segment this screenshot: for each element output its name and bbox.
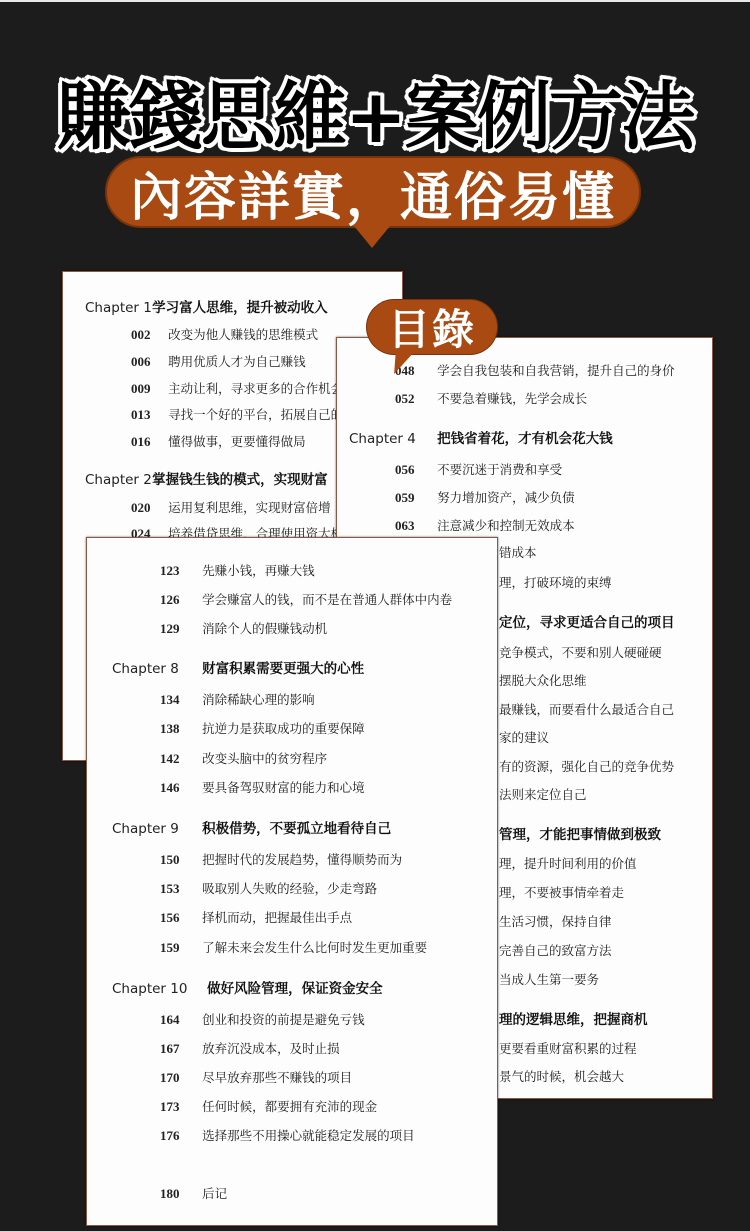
toc-entry-fragment: 有的资源，强化自己的竞争优势 — [499, 757, 674, 777]
toc-entry: 150 把握时代的发展趋势，懂得顺势而为 — [160, 850, 402, 870]
toc-entry: 126 学会赚富人的钱，而不是在普通人群体中内卷 — [160, 590, 452, 610]
toc-entry: 170 尽早放弃那些不赚钱的项目 — [160, 1068, 352, 1088]
toc-entry: 142 改变头脑中的贫穷程序 — [160, 749, 327, 769]
toc-entry-fragment: 竞争模式，不要和别人硬碰硬 — [499, 643, 662, 663]
toc-chapter: Chapter 9 积极借势，不要孤立地看待自己 — [112, 819, 391, 839]
toc-chapter-fragment: 管理，才能把事情做到极致 — [499, 825, 661, 845]
toc-entry-fragment: 更要看重财富积累的过程 — [499, 1039, 637, 1059]
subtitle-text: 內容詳實，通俗易懂 — [130, 155, 616, 230]
toc-chapter-fragment: 定位，寻求更适合自己的项目 — [499, 613, 675, 633]
toc-entry: 006 聘用优质人才为自己赚钱 — [131, 352, 306, 372]
toc-entry-fragment: 摆脱大众化思维 — [499, 671, 587, 691]
toc-entry: 164 创业和投资的前提是避免亏钱 — [160, 1010, 365, 1030]
toc-entry: 048 学会自我包装和自我营销，提升自己的身价 — [395, 361, 675, 381]
toc-entry-fragment: 法则来定位自己 — [499, 785, 587, 805]
toc-entry: 063 注意减少和控制无效成本 — [395, 516, 575, 536]
toc-entry: 146 要具备驾驭财富的能力和心境 — [160, 778, 365, 798]
toc-entry: 134 消除稀缺心理的影响 — [160, 690, 315, 710]
toc-entry-fragment: 理，提升时间利用的价值 — [499, 854, 637, 874]
toc-entry: 009 主动让利，寻求更多的合作机会 — [131, 379, 343, 399]
toc-chapter: Chapter 1 学习富人思维，提升被动收入 — [85, 298, 328, 318]
toc-chapter: Chapter 2 掌握钱生钱的模式，实现财富 — [85, 470, 328, 490]
toc-entry-fragment: 完善自己的致富方法 — [499, 941, 612, 961]
toc-entry-fragment: 景气的时候，机会越大 — [499, 1067, 624, 1087]
toc-entry: 173 任何时候，都要拥有充沛的现金 — [160, 1097, 377, 1117]
toc-badge-text: 目錄 — [388, 297, 476, 357]
toc-entry-fragment: 最赚钱，而要看什么最适合自己 — [499, 700, 674, 720]
toc-chapter-fragment: 理的逻辑思维，把握商机 — [499, 1010, 648, 1030]
toc-entry: 159 了解未来会发生什么比何时发生更加重要 — [160, 938, 427, 958]
toc-chapter: Chapter 8 财富积累需要更强大的心性 — [112, 659, 364, 679]
toc-entry: 153 吸取别人失败的经验，少走弯路 — [160, 879, 377, 899]
toc-entry: 002 改变为他人赚钱的思维模式 — [131, 325, 318, 345]
toc-entry: 013 寻找一个好的平台，拓展自己的 — [131, 405, 343, 425]
toc-entry-fragment: 理，打破环境的束缚 — [499, 573, 612, 593]
subtitle-bubble: 內容詳實，通俗易懂 — [105, 156, 641, 228]
toc-entry: 167 放弃沉没成本，及时止损 — [160, 1039, 340, 1059]
top-border — [0, 0, 750, 2]
toc-entry-fragment: 错成本 — [499, 543, 537, 563]
toc-entry: 176 选择那些不用操心就能稳定发展的项目 — [160, 1126, 415, 1146]
toc-entry: 052 不要急着赚钱，先学会成长 — [395, 389, 587, 409]
toc-entry-fragment: 生活习惯，保持自律 — [499, 912, 612, 932]
toc-entry: 129 消除个人的假赚钱动机 — [160, 619, 327, 639]
toc-entry: 059 努力增加资产，减少负债 — [395, 488, 575, 508]
toc-page-3: 123 先赚小钱，再赚大钱 126 学会赚富人的钱，而不是在普通人群体中内卷 1… — [86, 537, 498, 1226]
toc-entry-fragment: 家的建议 — [499, 728, 549, 748]
toc-entry-fragment: 理，不要被事情牵着走 — [499, 883, 624, 903]
toc-badge: 目錄 — [367, 300, 497, 354]
speech-tail-icon — [354, 226, 390, 248]
toc-chapter: Chapter 10 做好风险管理，保证资金安全 — [112, 979, 383, 999]
toc-entry: 123 先赚小钱，再赚大钱 — [160, 561, 315, 581]
toc-entry: 056 不要沉迷于消费和享受 — [395, 460, 562, 480]
toc-entry: 020 运用复利思维，实现财富倍增 — [131, 498, 331, 518]
toc-chapter: Chapter 4 把钱省着花，才有机会花大钱 — [349, 429, 613, 449]
headline: 賺錢思維+案例方法 — [0, 58, 750, 164]
toc-entry: 180 后记 — [160, 1184, 227, 1204]
toc-entry-fragment: 当成人生第一要务 — [499, 970, 599, 990]
toc-entry: 156 择机而动，把握最佳出手点 — [160, 908, 352, 928]
toc-entry: 138 抗逆力是获取成功的重要保障 — [160, 719, 365, 739]
toc-entry: 016 懂得做事，更要懂得做局 — [131, 432, 306, 452]
